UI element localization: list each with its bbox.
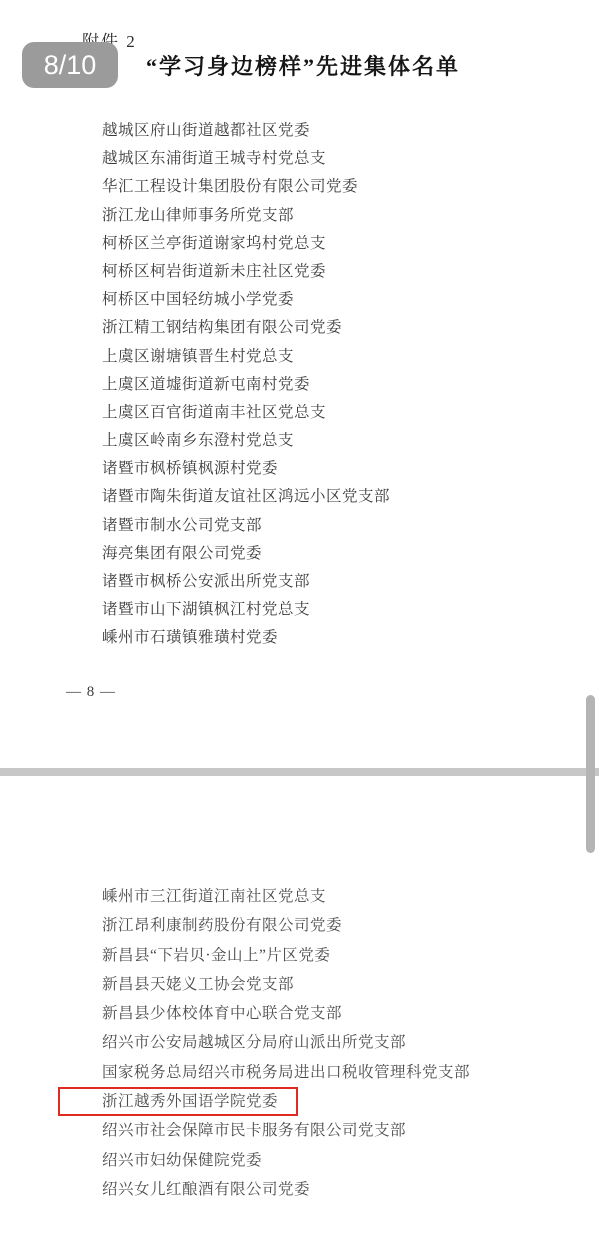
list-item: 华汇工程设计集团股份有限公司党委 — [102, 173, 390, 201]
list-item: 浙江精工钢结构集团有限公司党委 — [102, 314, 390, 342]
list-item: 绍兴女儿红酿酒有限公司党委 — [102, 1175, 470, 1204]
list-item: 海亮集团有限公司党委 — [102, 540, 390, 568]
list-item: 浙江龙山律师事务所党支部 — [102, 202, 390, 230]
list-item: 国家税务总局绍兴市税务局进出口税收管理科党支部 — [102, 1058, 470, 1087]
highlight-box: 浙江越秀外国语学院党委 — [58, 1087, 298, 1116]
list-item: 浙江越秀外国语学院党委 — [102, 1087, 470, 1116]
page-indicator-label: 8/10 — [44, 50, 97, 81]
list-item: 越城区东浦街道王城寺村党总支 — [102, 145, 390, 173]
list-item: 上虞区道墟街道新屯南村党委 — [102, 371, 390, 399]
list-item: 新昌县“下岩贝·金山上”片区党委 — [102, 941, 470, 970]
list-item: 新昌县天姥义工协会党支部 — [102, 970, 470, 999]
list-item: 柯桥区柯岩街道新未庄社区党委 — [102, 258, 390, 286]
list-item: 上虞区谢塘镇晋生村党总支 — [102, 343, 390, 371]
list-item: 柯桥区兰亭街道谢家坞村党总支 — [102, 230, 390, 258]
list-item: 绍兴市妇幼保健院党委 — [102, 1146, 470, 1175]
list-item: 上虞区百官街道南丰社区党总支 — [102, 399, 390, 427]
list-item: 越城区府山街道越都社区党委 — [102, 117, 390, 145]
page-divider — [0, 768, 599, 776]
list-item: 诸暨市枫桥镇枫源村党委 — [102, 455, 390, 483]
list-item: 浙江昂利康制药股份有限公司党委 — [102, 911, 470, 940]
list-item: 柯桥区中国轻纺城小学党委 — [102, 286, 390, 314]
page2-list: 嵊州市三江街道江南社区党总支浙江昂利康制药股份有限公司党委新昌县“下岩贝·金山上… — [102, 882, 470, 1204]
page-indicator-badge: 8/10 — [22, 42, 118, 88]
list-item: 嵊州市三江街道江南社区党总支 — [102, 882, 470, 911]
page1-page-number: — 8 — — [66, 684, 116, 701]
document-title: “学习身边榜样”先进集体名单 — [128, 50, 478, 81]
list-item: 嵊州市石璜镇雅璜村党委 — [102, 624, 390, 652]
list-item: 绍兴市社会保障市民卡服务有限公司党支部 — [102, 1116, 470, 1145]
list-item: 诸暨市制水公司党支部 — [102, 512, 390, 540]
list-item: 新昌县少体校体育中心联合党支部 — [102, 999, 470, 1028]
list-item: 诸暨市山下湖镇枫江村党总支 — [102, 596, 390, 624]
list-item: 诸暨市枫桥公安派出所党支部 — [102, 568, 390, 596]
page1-list: 越城区府山街道越都社区党委越城区东浦街道王城寺村党总支华汇工程设计集团股份有限公… — [102, 117, 390, 653]
scrollbar-thumb[interactable] — [586, 695, 595, 853]
list-item: 绍兴市公安局越城区分局府山派出所党支部 — [102, 1028, 470, 1057]
list-item: 诸暨市陶朱街道友谊社区鸿远小区党支部 — [102, 483, 390, 511]
list-item: 上虞区岭南乡东澄村党总支 — [102, 427, 390, 455]
